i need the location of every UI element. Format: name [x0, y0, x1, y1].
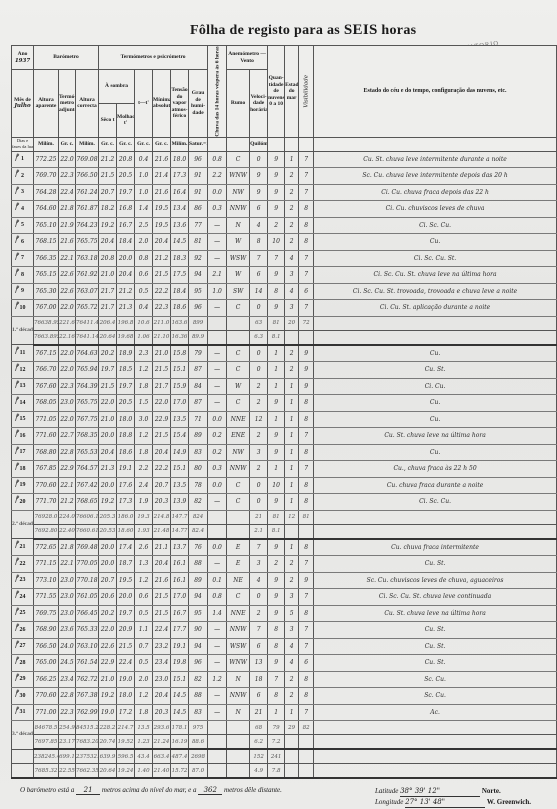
- cell-min: 21.5: [153, 589, 171, 606]
- cell-min: 21.0: [153, 345, 171, 362]
- cell-seco: 21.5: [99, 378, 117, 395]
- table-row: ᚠ19770.6022.1767.4220.017.62.420.713.578…: [12, 477, 557, 494]
- cell-min: 22.3: [153, 300, 171, 317]
- cloud-amount-header: Quan-tidade de nuvens 0 a 10: [268, 46, 285, 138]
- cell-hum: 76: [189, 539, 208, 556]
- cell-chuva: 0.0: [208, 539, 227, 556]
- cell-diff: 1.8: [135, 378, 153, 395]
- cell-min: 20.4: [153, 556, 171, 573]
- longitude-direction: W. Greenwich.: [487, 798, 531, 806]
- table-row: ᚠ6768.1521.6765.7520.418.42.020.414.581—…: [12, 234, 557, 251]
- cell-nuv: 10: [268, 477, 285, 494]
- observations-body: ᚠ1772.2522.0769.0821.220.80.421.618.0960…: [12, 151, 557, 778]
- cell-vis: 8: [299, 477, 314, 494]
- humidity-header: Grau de humi-dade: [189, 70, 208, 138]
- moon-phase-mark: ᚠ: [14, 412, 19, 422]
- decade-sum-cell: 205.3: [99, 510, 117, 524]
- cell-vel: 9: [250, 184, 268, 201]
- moon-phase-mark: ᚠ: [14, 494, 19, 504]
- cell-term: 22.0: [59, 300, 76, 317]
- wind-speed-header: Veloci-dade horária: [250, 70, 268, 138]
- cell-chuva: —: [208, 362, 227, 379]
- decade-sum-cell: 178.1: [171, 721, 189, 735]
- cell-term: 22.3: [59, 168, 76, 185]
- cell-seco: 20.0: [99, 428, 117, 445]
- decade-mean-cell: 7663.895: [34, 330, 59, 345]
- cell-mar: 5: [285, 605, 299, 622]
- table-row: ᚠ21772.6521.8769.4820.017.42.621.113.776…: [12, 539, 557, 556]
- cell-alt: 771.70: [34, 494, 59, 511]
- month-total-cell: 241: [268, 749, 285, 764]
- decade-mean-cell: 1.23: [135, 735, 153, 750]
- sky-note: Cu.: [314, 234, 557, 251]
- cell-corr: 765.33: [76, 622, 99, 639]
- decade-sum-cell: 68: [250, 721, 268, 735]
- cell-molh: 19.0: [117, 671, 135, 688]
- cell-min: 20.4: [153, 688, 171, 705]
- title-hours: SEIS: [344, 22, 378, 38]
- month-note: [314, 749, 557, 764]
- cell-mar: 1: [285, 395, 299, 412]
- cell-chuva: —: [208, 217, 227, 234]
- cell-molh: 20.5: [117, 168, 135, 185]
- cell-min: 20.4: [153, 444, 171, 461]
- sky-note: Cu. St.: [314, 622, 557, 639]
- cell-hum: 90: [189, 622, 208, 639]
- year-label: Ano: [18, 51, 28, 57]
- month-total-label: [12, 749, 34, 764]
- table-row: ᚠ15771.0522.0767.7521.018.03.022.913.571…: [12, 411, 557, 428]
- cell-molh: 20.4: [117, 267, 135, 284]
- cell-chuva: 2.2: [208, 168, 227, 185]
- decade-sum-cell: [227, 510, 250, 524]
- month-total-cell: 152: [250, 749, 268, 764]
- cell-molh: 18.0: [117, 688, 135, 705]
- cell-vis: 7: [299, 184, 314, 201]
- cell-min: 20.7: [153, 477, 171, 494]
- cell-min: 21.7: [153, 378, 171, 395]
- cell-vel: 14: [250, 283, 268, 300]
- cell-rumo: W: [227, 378, 250, 395]
- day-cell: ᚠ9: [12, 283, 34, 300]
- cell-molh: 17.2: [117, 704, 135, 721]
- day-cell: ᚠ27: [12, 638, 34, 655]
- moon-phase-mark: ᚠ: [14, 672, 19, 682]
- decade-note: [314, 316, 557, 330]
- cell-mar: 4: [285, 638, 299, 655]
- cell-tens: 17.0: [171, 589, 189, 606]
- cell-seco: 19.2: [99, 217, 117, 234]
- cell-vel: 4: [250, 572, 268, 589]
- cell-corr: 761.54: [76, 655, 99, 672]
- decade-mean-cell: 20.64: [99, 330, 117, 345]
- day-cell: ᚠ25: [12, 605, 34, 622]
- cell-term: 23.6: [59, 622, 76, 639]
- latitude-label: Latitude: [375, 787, 398, 795]
- cell-vel: 18: [250, 671, 268, 688]
- cell-hum: 71: [189, 411, 208, 428]
- cell-term: 21.2: [59, 494, 76, 511]
- cell-mar: 2: [285, 572, 299, 589]
- cell-corr: 770.18: [76, 572, 99, 589]
- sky-note: Cu.: [314, 444, 557, 461]
- cell-seco: 20.0: [99, 477, 117, 494]
- month-total-cell: [299, 764, 314, 779]
- cell-vel: 7: [250, 622, 268, 639]
- decade-sum-cell: 76411.4: [76, 316, 99, 330]
- cell-min: 21.1: [153, 539, 171, 556]
- table-row: ᚠ30770.6022.8767.3819.218.01.220.414.588…: [12, 688, 557, 705]
- decade-mean-cell: 6.2: [250, 735, 268, 750]
- cell-tens: 13.7: [171, 539, 189, 556]
- cell-molh: 17.3: [117, 494, 135, 511]
- cell-molh: 19.1: [117, 461, 135, 478]
- cell-term: 21.8: [59, 539, 76, 556]
- moon-phase-mark: ᚠ: [14, 379, 19, 389]
- day-cell: ᚠ3: [12, 184, 34, 201]
- cell-nuv: 7: [268, 250, 285, 267]
- unit-cell: Gr. c.: [59, 137, 76, 151]
- decade-sum-cell: 76638.95: [34, 316, 59, 330]
- visibility-header: Visibilidade: [299, 46, 314, 138]
- cell-seco: 21.7: [99, 300, 117, 317]
- cell-alt: 767.60: [34, 378, 59, 395]
- cell-alt: 768.90: [34, 622, 59, 639]
- day-cell: ᚠ15: [12, 411, 34, 428]
- cell-alt: 767.85: [34, 461, 59, 478]
- latitude-value: 38° 39' 12": [400, 786, 480, 797]
- cell-mar: 3: [285, 622, 299, 639]
- cell-seco: 20.2: [99, 345, 117, 362]
- cell-nuv: 9: [268, 605, 285, 622]
- sky-note: Ci. Cu.: [314, 378, 557, 395]
- day-cell: ᚠ19: [12, 477, 34, 494]
- decade-sum-cell: 221.6: [59, 316, 76, 330]
- cell-nuv: 9: [268, 494, 285, 511]
- cell-molh: 20.0: [117, 250, 135, 267]
- table-row: ᚠ26768.9023.6765.3322.020.91.122.417.790…: [12, 622, 557, 639]
- cell-rumo: ENE: [227, 428, 250, 445]
- cell-seco: 20.4: [99, 234, 117, 251]
- decade-mean-cell: [285, 330, 299, 345]
- register-table: Ano 1937 Barómetro Termómetros e psicróm…: [11, 45, 557, 779]
- cell-corr: 761.24: [76, 184, 99, 201]
- cell-seco: 21.0: [99, 671, 117, 688]
- cell-corr: 769.48: [76, 539, 99, 556]
- cell-vel: 0: [250, 477, 268, 494]
- day-cell: ᚠ14: [12, 395, 34, 412]
- cell-alt: 768.80: [34, 444, 59, 461]
- cell-nuv: 2: [268, 217, 285, 234]
- cell-hum: 92: [189, 250, 208, 267]
- decade-mean-cell: 7641.14: [76, 330, 99, 345]
- cell-min: 23.4: [153, 655, 171, 672]
- cell-vis: 8: [299, 395, 314, 412]
- cell-corr: 769.08: [76, 151, 99, 168]
- decade-sum-cell: 147.7: [171, 510, 189, 524]
- cell-molh: 18.4: [117, 234, 135, 251]
- cell-mar: 2: [285, 671, 299, 688]
- cell-vis: 7: [299, 250, 314, 267]
- cell-mar: 1: [285, 444, 299, 461]
- cell-hum: 89: [189, 428, 208, 445]
- table-row: ᚠ2769.7022.3766.5021.520.51.021.417.3912…: [12, 168, 557, 185]
- cell-min: 22.9: [153, 411, 171, 428]
- cell-vis: 9: [299, 345, 314, 362]
- cell-diff: 2.5: [135, 217, 153, 234]
- cell-alt: 764.60: [34, 201, 59, 218]
- moon-phase-mark: ᚠ: [14, 622, 19, 632]
- cell-min: 20.4: [153, 234, 171, 251]
- cell-nuv: 9: [268, 168, 285, 185]
- cell-tens: 15.1: [171, 461, 189, 478]
- cell-corr: 770.05: [76, 556, 99, 573]
- shade-group-header: À sombra: [99, 70, 135, 104]
- sky-note: Sc. Cu. chuviscos leves de chuva, aguace…: [314, 572, 557, 589]
- month-total-cell: [285, 749, 299, 764]
- decade-mean-cell: [285, 735, 299, 750]
- decade-sum-cell: 206.4: [99, 316, 117, 330]
- decade-mean-cell: 16.36: [171, 330, 189, 345]
- cell-min: 21.6: [153, 151, 171, 168]
- cell-chuva: 0.0: [208, 477, 227, 494]
- cell-alt: 771.05: [34, 411, 59, 428]
- cell-hum: 89: [189, 572, 208, 589]
- table-row: ᚠ27766.5024.0763.1022.621.50.723.219.194…: [12, 638, 557, 655]
- cell-tens: 15.8: [171, 345, 189, 362]
- cell-alt: 765.15: [34, 267, 59, 284]
- anemometer-group-header: Anemómetro — Vento: [227, 46, 268, 70]
- table-row: ᚠ13767.6022.3764.3921.519.71.821.715.984…: [12, 378, 557, 395]
- decade-sum-cell: 186.0: [117, 510, 135, 524]
- cell-vel: 2: [250, 428, 268, 445]
- cell-diff: 1.0: [135, 168, 153, 185]
- cell-hum: 83: [189, 704, 208, 721]
- cell-nuv: 8: [268, 688, 285, 705]
- month-total-cell: [285, 764, 299, 779]
- cell-vis: 9: [299, 378, 314, 395]
- cell-tens: 14.5: [171, 704, 189, 721]
- dry-header: Sêco t: [99, 103, 117, 137]
- cell-nuv: 9: [268, 395, 285, 412]
- attached-thermometer-header: Termó-metro adjunto: [59, 70, 76, 138]
- decade-sum-cell: 12: [285, 510, 299, 524]
- cell-molh: 18.8: [117, 428, 135, 445]
- cell-tens: 18.4: [171, 283, 189, 300]
- cell-chuva: 1.4: [208, 605, 227, 622]
- day-cell: ᚠ2: [12, 168, 34, 185]
- decade-mean-cell: [208, 330, 227, 345]
- cell-hum: 95: [189, 605, 208, 622]
- cell-vel: 2: [250, 461, 268, 478]
- cell-mar: 3: [285, 267, 299, 284]
- cell-hum: 82: [189, 494, 208, 511]
- cell-tens: 14.5: [171, 234, 189, 251]
- cell-tens: 14.9: [171, 444, 189, 461]
- moon-phase-mark: ᚠ: [14, 655, 19, 665]
- cell-diff: 1.4: [135, 201, 153, 218]
- cell-rumo: C: [227, 494, 250, 511]
- sky-note: Cu. St. chuva leve na última hora: [314, 605, 557, 622]
- longitude-value: 27° 13' 48": [405, 797, 485, 808]
- decade-mean-cell: 7.2: [268, 735, 285, 750]
- day-cell: ᚠ12: [12, 362, 34, 379]
- cell-nuv: 1: [268, 461, 285, 478]
- cell-min: 21.5: [153, 362, 171, 379]
- cell-vel: 6: [250, 638, 268, 655]
- month-total-cell: 43.4: [135, 749, 153, 764]
- month-total-cell: 663.4: [153, 749, 171, 764]
- cell-diff: 1.2: [135, 362, 153, 379]
- cell-mar: 1: [285, 411, 299, 428]
- cell-min: 21.5: [153, 428, 171, 445]
- cell-hum: 83: [189, 444, 208, 461]
- day-cell: ᚠ5: [12, 217, 34, 234]
- cell-molh: 18.7: [117, 556, 135, 573]
- cell-seco: 22.0: [99, 395, 117, 412]
- day-cell: ᚠ7: [12, 250, 34, 267]
- cell-diff: 1.9: [135, 494, 153, 511]
- decade-note: [314, 524, 557, 539]
- cell-molh: 16.7: [117, 217, 135, 234]
- cell-nuv: 9: [268, 428, 285, 445]
- decade-sum-cell: 13.5: [135, 721, 153, 735]
- day-cell: ᚠ1: [12, 151, 34, 168]
- moon-phase-mark: ᚠ: [14, 168, 19, 178]
- cell-min: 19.5: [153, 217, 171, 234]
- cell-diff: 1.8: [135, 704, 153, 721]
- cell-rumo: NNW: [227, 461, 250, 478]
- decade-label: 3.ª década: [12, 721, 34, 750]
- cell-diff: 0.6: [135, 589, 153, 606]
- cell-molh: 21.3: [117, 300, 135, 317]
- cell-seco: 21.5: [99, 168, 117, 185]
- decade-sum-cell: 975: [189, 721, 208, 735]
- decade-sum-cell: [208, 316, 227, 330]
- cell-alt: 768.15: [34, 234, 59, 251]
- table-row: ᚠ12766.7022.0765.9419.718.51.221.515.187…: [12, 362, 557, 379]
- cell-rumo: E: [227, 539, 250, 556]
- cell-chuva: —: [208, 378, 227, 395]
- cell-vel: 0: [250, 300, 268, 317]
- cell-mar: 2: [285, 168, 299, 185]
- cell-alt: 766.35: [34, 250, 59, 267]
- moon-phase-mark: ᚠ: [14, 478, 19, 488]
- cell-vis: 8: [299, 217, 314, 234]
- decade-sum-cell: 81: [299, 510, 314, 524]
- decade-sum-cell: 211.0: [153, 316, 171, 330]
- decade-sum-cell: 20: [285, 316, 299, 330]
- cell-term: 22.3: [59, 704, 76, 721]
- cell-vel: 7: [250, 539, 268, 556]
- cell-vel: 6: [250, 267, 268, 284]
- table-row: ᚠ9765.3022.6763.0721.721.20.522.218.4951…: [12, 283, 557, 300]
- cell-hum: 81: [189, 234, 208, 251]
- month-total-cell: 22.55: [59, 764, 76, 779]
- cell-vel: 0: [250, 151, 268, 168]
- cell-term: 22.0: [59, 411, 76, 428]
- sky-note: Ci. Sc. Cu.: [314, 494, 557, 511]
- cell-vel: 2: [250, 395, 268, 412]
- cell-vel: 7: [250, 250, 268, 267]
- cell-mar: 1: [285, 151, 299, 168]
- cell-chuva: 2.1: [208, 267, 227, 284]
- apparent-height-header: Altura aparente: [34, 70, 59, 138]
- unit-cell: Milím.: [34, 137, 59, 151]
- decade-sum-row: 1.ª década76638.95221.676411.4206.4196.8…: [12, 316, 557, 330]
- cell-vis: 9: [299, 362, 314, 379]
- cell-alt: 769.75: [34, 605, 59, 622]
- sky-note: Cu. St.: [314, 638, 557, 655]
- cell-vis: 7: [299, 461, 314, 478]
- cell-vel: 2: [250, 378, 268, 395]
- cell-rumo: E: [227, 556, 250, 573]
- moon-phase-mark: ᚠ: [14, 201, 19, 211]
- decade-mean-cell: 6.3: [250, 330, 268, 345]
- sky-note: Ci. Cu. St. aplicação durante a noite: [314, 300, 557, 317]
- cell-molh: 18.9: [117, 345, 135, 362]
- cell-nuv: 9: [268, 444, 285, 461]
- cell-hum: 80: [189, 461, 208, 478]
- moon-phase-mark: ᚠ: [14, 218, 19, 228]
- cell-chuva: 0.0: [208, 184, 227, 201]
- coordinates: Latitude 38° 39' 12" Norte. Longitude 27…: [375, 786, 531, 808]
- cell-nuv: 1: [268, 411, 285, 428]
- table-row: ᚠ18767.8522.9764.5721.319.12.222.215.180…: [12, 461, 557, 478]
- cell-alt: 766.25: [34, 671, 59, 688]
- decade-mean-cell: 89.9: [189, 330, 208, 345]
- unit-cell: [208, 137, 227, 151]
- table-row: ᚠ16771.6022.7768.3520.018.81.221.515.489…: [12, 428, 557, 445]
- month-total-cell: 21.40: [153, 764, 171, 779]
- month-total-cell: 19.24: [117, 764, 135, 779]
- day-cell: ᚠ21: [12, 539, 34, 556]
- cell-nuv: 9: [268, 539, 285, 556]
- cell-hum: 86: [189, 201, 208, 218]
- moon-phase-mark: ᚠ: [14, 284, 19, 294]
- cell-corr: 761.05: [76, 589, 99, 606]
- cell-tens: 15.1: [171, 362, 189, 379]
- cell-seco: 20.8: [99, 250, 117, 267]
- cell-term: 22.0: [59, 151, 76, 168]
- cell-min: 21.5: [153, 605, 171, 622]
- decade-sum-cell: 84515.2: [76, 721, 99, 735]
- cell-term: 22.4: [59, 184, 76, 201]
- day-cell: ᚠ23: [12, 572, 34, 589]
- cell-term: 23.0: [59, 395, 76, 412]
- cell-chuva: —: [208, 638, 227, 655]
- cell-chuva: —: [208, 250, 227, 267]
- cell-term: 22.6: [59, 283, 76, 300]
- cell-rumo: N: [227, 704, 250, 721]
- unit-cell: Gr. c.: [153, 137, 171, 151]
- cell-nuv: 2: [268, 556, 285, 573]
- day-cell: ᚠ24: [12, 589, 34, 606]
- decade-mean-cell: 2.1: [250, 524, 268, 539]
- month-total-cell: [208, 764, 227, 779]
- cell-term: 22.1: [59, 477, 76, 494]
- month-total-cell: [208, 749, 227, 764]
- sky-note: Ci. Sc. Cu. St. chuva leve continuada: [314, 589, 557, 606]
- vapor-tension-header: Tensão do vapor atmos-férico: [171, 70, 189, 138]
- table-row: ᚠ23773.1023.0770.1820.719.51.221.616.189…: [12, 572, 557, 589]
- decade-mean-cell: 14.77: [171, 524, 189, 539]
- cell-molh: 17.4: [117, 539, 135, 556]
- cell-molh: 22.4: [117, 655, 135, 672]
- decade-mean-cell: 20.74: [99, 735, 117, 750]
- cell-mar: 4: [285, 655, 299, 672]
- cell-corr: 763.07: [76, 283, 99, 300]
